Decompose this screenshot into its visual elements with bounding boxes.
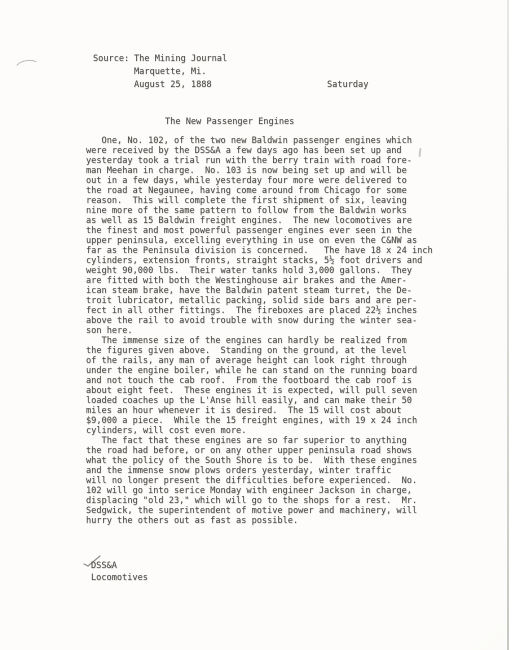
weekday-label: Saturday (327, 79, 368, 92)
article-body: One, No. 102, of the two new Baldwin pas… (86, 136, 433, 526)
article-paragraph: The immense size of the engines can hard… (86, 336, 433, 436)
article-title: The New Passenger Engines (165, 117, 294, 127)
location-line: Marquette, Mi. (134, 66, 206, 79)
catalog-tag-line1: DSS&A (91, 560, 117, 572)
journal-name: The Mining Journal (134, 53, 227, 66)
pen-arc-mark (13, 58, 43, 80)
source-label: Source: (93, 53, 129, 66)
article-paragraph: The fact that these engines are so far s… (86, 436, 433, 526)
article-paragraph: One, No. 102, of the two new Baldwin pas… (86, 136, 433, 336)
catalog-tag-line2: Locomotives (91, 572, 148, 584)
date-line: August 25, 1888 (134, 79, 212, 92)
scanned-document-page: Source: The Mining Journal Marquette, Mi… (0, 0, 517, 650)
scan-background (509, 0, 517, 650)
